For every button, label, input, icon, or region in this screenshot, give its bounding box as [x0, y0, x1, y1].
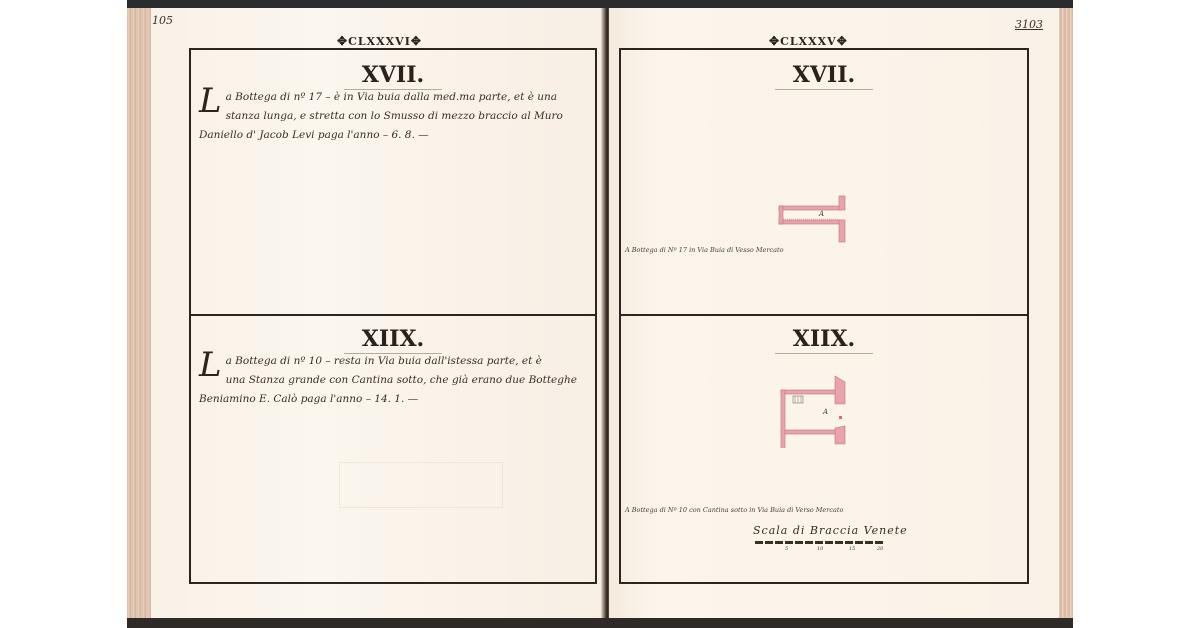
left-page-edges — [127, 8, 151, 618]
entry-number: XIIX. — [191, 326, 595, 352]
right-header-numeral: CLXXXV — [780, 35, 837, 48]
entry-line: stanza lunga, e stretta con lo Smusso di… — [199, 107, 589, 126]
show-through-ghost — [339, 462, 503, 508]
entry-description: L a Bottega di nº 17 – è in Via buia dal… — [199, 88, 589, 145]
top-background — [127, 0, 1073, 8]
bottom-background — [127, 618, 1073, 628]
entry-xiix-plan: XIIX. A A Bottega di Nº 10 con Cantina s… — [621, 316, 1027, 582]
entry-line: a Bottega di nº 10 – resta in Via buia d… — [199, 352, 589, 371]
entry-description: L a Bottega di nº 10 – resta in Via buia… — [199, 352, 589, 409]
scale-tick: 10 — [817, 546, 823, 552]
right-folio-number: 3103 — [1015, 18, 1043, 31]
scale-ticks: 5 10 15 20 — [755, 546, 885, 554]
drop-initial: L — [199, 350, 222, 380]
left-folio-number: 105 — [152, 14, 173, 27]
scale-tick: 5 — [785, 546, 788, 552]
left-page: 105 ✥CLXXXVI✥ XVII. L a Bottega di nº 17… — [127, 8, 605, 618]
entry-number: XVII. — [621, 62, 1027, 88]
left-page-frame: XVII. L a Bottega di nº 17 – è in Via bu… — [189, 48, 597, 584]
entry-number: XIIX. — [621, 326, 1027, 352]
ornament-icon: ✥ — [837, 34, 848, 48]
right-page: 3103 ✥CLXXXV✥ XVII. A A Bottega di Nº 17… — [609, 8, 1073, 618]
entry-line: a Bottega di nº 17 – è in Via buia dalla… — [199, 88, 589, 107]
left-page-header: ✥CLXXXVI✥ — [337, 34, 422, 48]
left-header-numeral: CLXXXVI — [348, 35, 411, 48]
plan-caption: A Bottega di Nº 10 con Cantina sotto in … — [625, 506, 843, 514]
floor-plan-xvii — [777, 194, 851, 246]
scale-tick: 20 — [877, 546, 883, 552]
ornament-icon: ✥ — [769, 34, 780, 48]
right-page-header: ✥CLXXXV✥ — [769, 34, 848, 48]
open-manuscript-book: 105 ✥CLXXXVI✥ XVII. L a Bottega di nº 17… — [127, 0, 1073, 628]
floor-plan-xiix — [779, 374, 853, 448]
entry-line: una Stanza grande con Cantina sotto, che… — [199, 371, 589, 390]
plan-room-label: A — [823, 408, 828, 416]
plan-caption: A Bottega di Nº 17 in Via Buia di Vesso … — [625, 246, 784, 254]
entry-number: XVII. — [191, 62, 595, 88]
drop-initial: L — [199, 86, 222, 116]
scale-bar — [755, 541, 885, 544]
scale-tick: 15 — [849, 546, 855, 552]
scale-title: Scala di Braccia Venete — [753, 524, 908, 537]
entry-xvii-text: XVII. L a Bottega di nº 17 – è in Via bu… — [191, 50, 595, 314]
right-page-frame: XVII. A A Bottega di Nº 17 in Via Buia d… — [619, 48, 1029, 584]
entry-line: Beniamino E. Calò paga l'anno – 14. 1. — — [199, 390, 589, 409]
ornament-icon: ✥ — [337, 34, 348, 48]
entry-xiix-text: XIIX. L a Bottega di nº 10 – resta in Vi… — [191, 316, 595, 582]
entry-line: Daniello d' Jacob Levi paga l'anno – 6. … — [199, 126, 589, 145]
plan-room-label: A — [819, 210, 824, 218]
entry-xvii-plan: XVII. A A Bottega di Nº 17 in Via Buia d… — [621, 50, 1027, 314]
right-page-edges — [1059, 8, 1073, 618]
ornament-icon: ✥ — [411, 34, 422, 48]
